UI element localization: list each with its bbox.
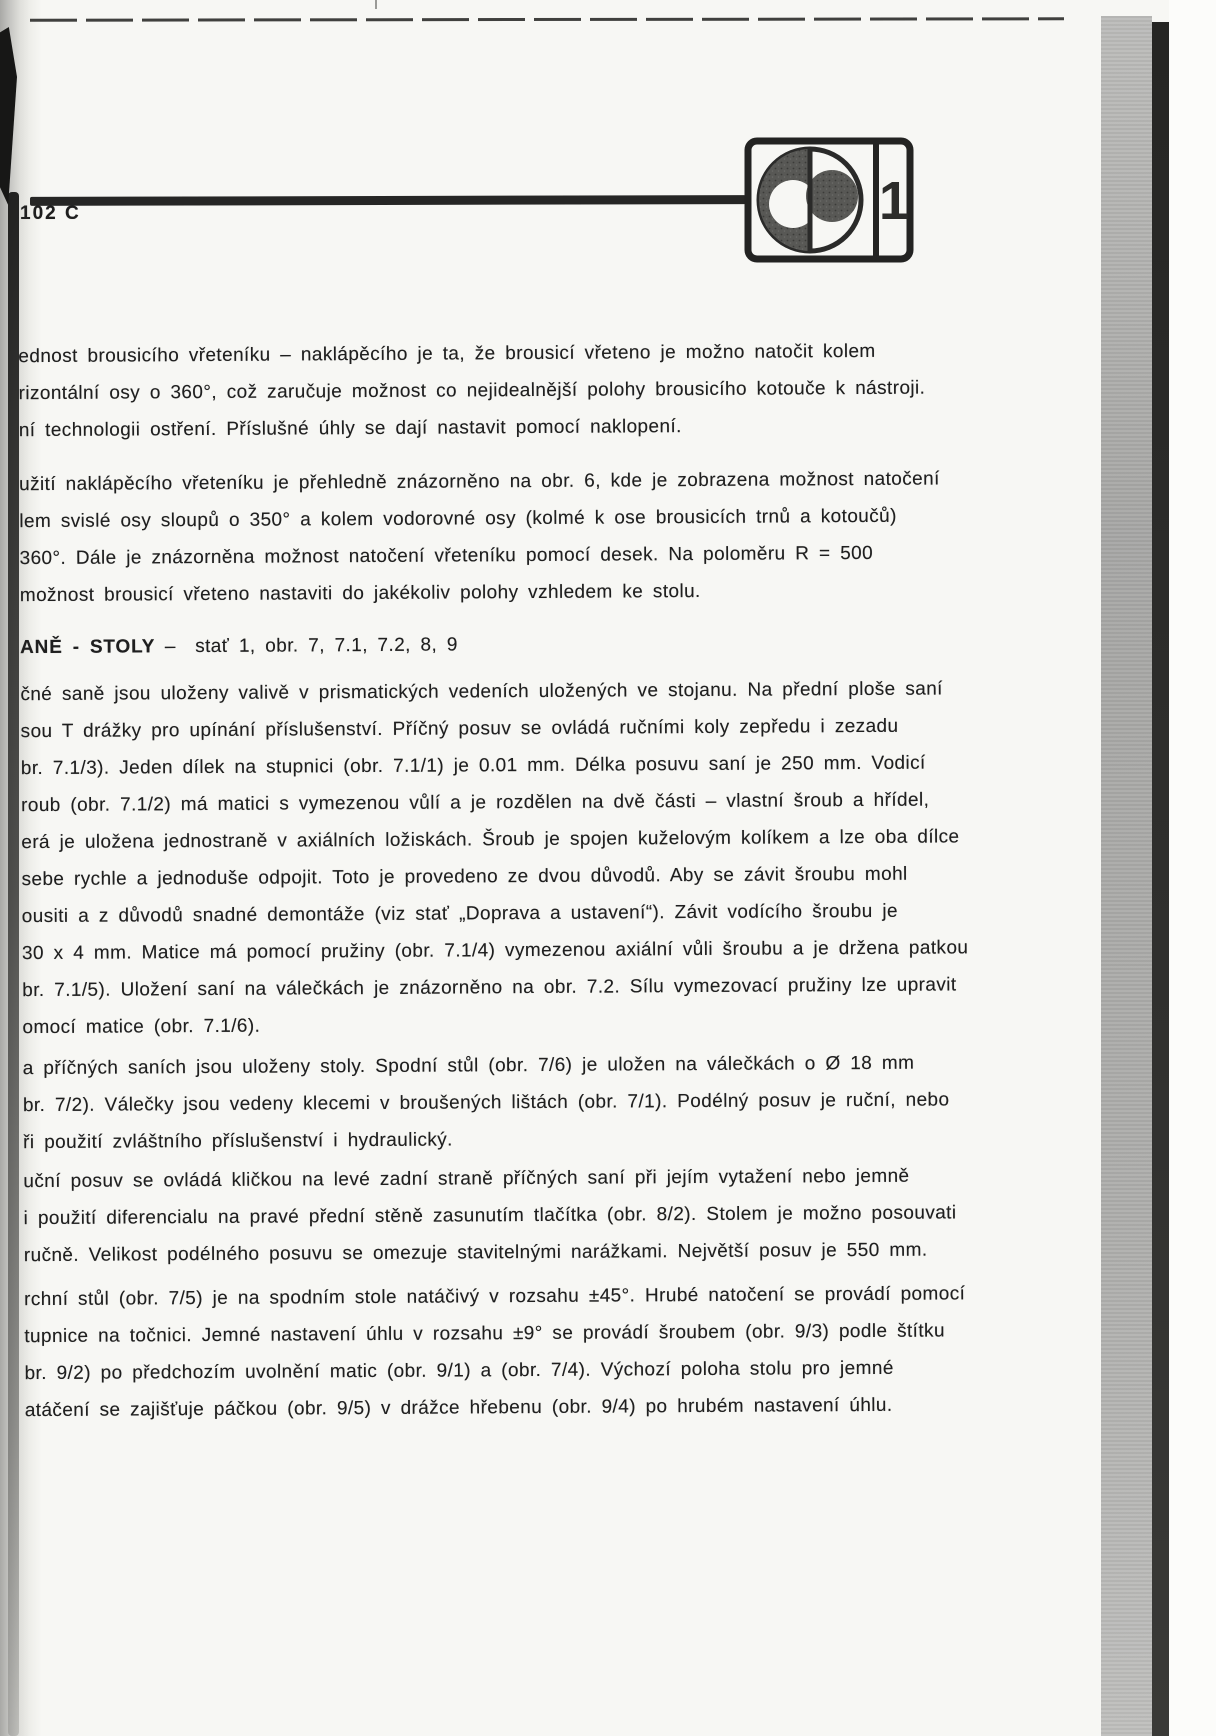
paragraph-manual-feed: uční posuv se ovládá kličkou na levé zad… xyxy=(23,1156,1110,1274)
text-line: atáčení se zajišťuje páčkou (obr. 9/5) v… xyxy=(25,1385,1111,1429)
text-line: rchní stůl (obr. 7/5) je na spodním stol… xyxy=(24,1274,1110,1318)
text-line: ručně. Velikost podélného posuvu se omez… xyxy=(24,1230,1110,1274)
text-line: možnost brousicí vřeteno nastaviti do ja… xyxy=(20,570,1106,614)
text-line: i použití diferencialu na pravé přední s… xyxy=(23,1193,1109,1237)
paragraph-cross-slides: čné saně jsou uloženy valivě v prismatic… xyxy=(20,669,1108,1046)
text-line: omocí matice (obr. 7.1/6). xyxy=(22,1002,1108,1046)
section-heading-title: ANĚ - STOLY xyxy=(20,636,155,658)
text-line: br. 7.1/5). Uložení saní na válečkách je… xyxy=(22,965,1108,1009)
paragraph-spindle-rotation: užití naklápěcího vřeteníku je přehledně… xyxy=(19,459,1106,614)
paragraph-spindle-advantage: ednost brousicího vřeteníku – naklápěcíh… xyxy=(18,331,1105,449)
text-line: erá je uložena jednostraně v axiálních l… xyxy=(21,817,1107,861)
section-heading: ANĚ - STOLY – stať 1, obr. 7, 7.1, 7.2, … xyxy=(20,622,1106,666)
text-layer: ednost brousicího vřeteníku – naklápěcíh… xyxy=(0,0,1216,1736)
paragraph-tables: a příčných saních jsou uloženy stoly. Sp… xyxy=(23,1043,1110,1161)
paragraph-upper-table: rchní stůl (obr. 7/5) je na spodním stol… xyxy=(24,1274,1111,1429)
text-line: ní technologii ostření. Příslušné úhly s… xyxy=(19,405,1105,449)
section-heading-refs: – stať 1, obr. 7, 7.1, 7.2, 8, 9 xyxy=(155,634,458,657)
scanned-manual-page: 102 C 1 ednost brousicího vřeteníku – na… xyxy=(0,0,1216,1736)
text-line: br. 7/2). Válečky jsou vedeny klecemi v … xyxy=(23,1080,1109,1124)
text-line: ři použití zvláštního příslušenství i hy… xyxy=(23,1117,1109,1161)
